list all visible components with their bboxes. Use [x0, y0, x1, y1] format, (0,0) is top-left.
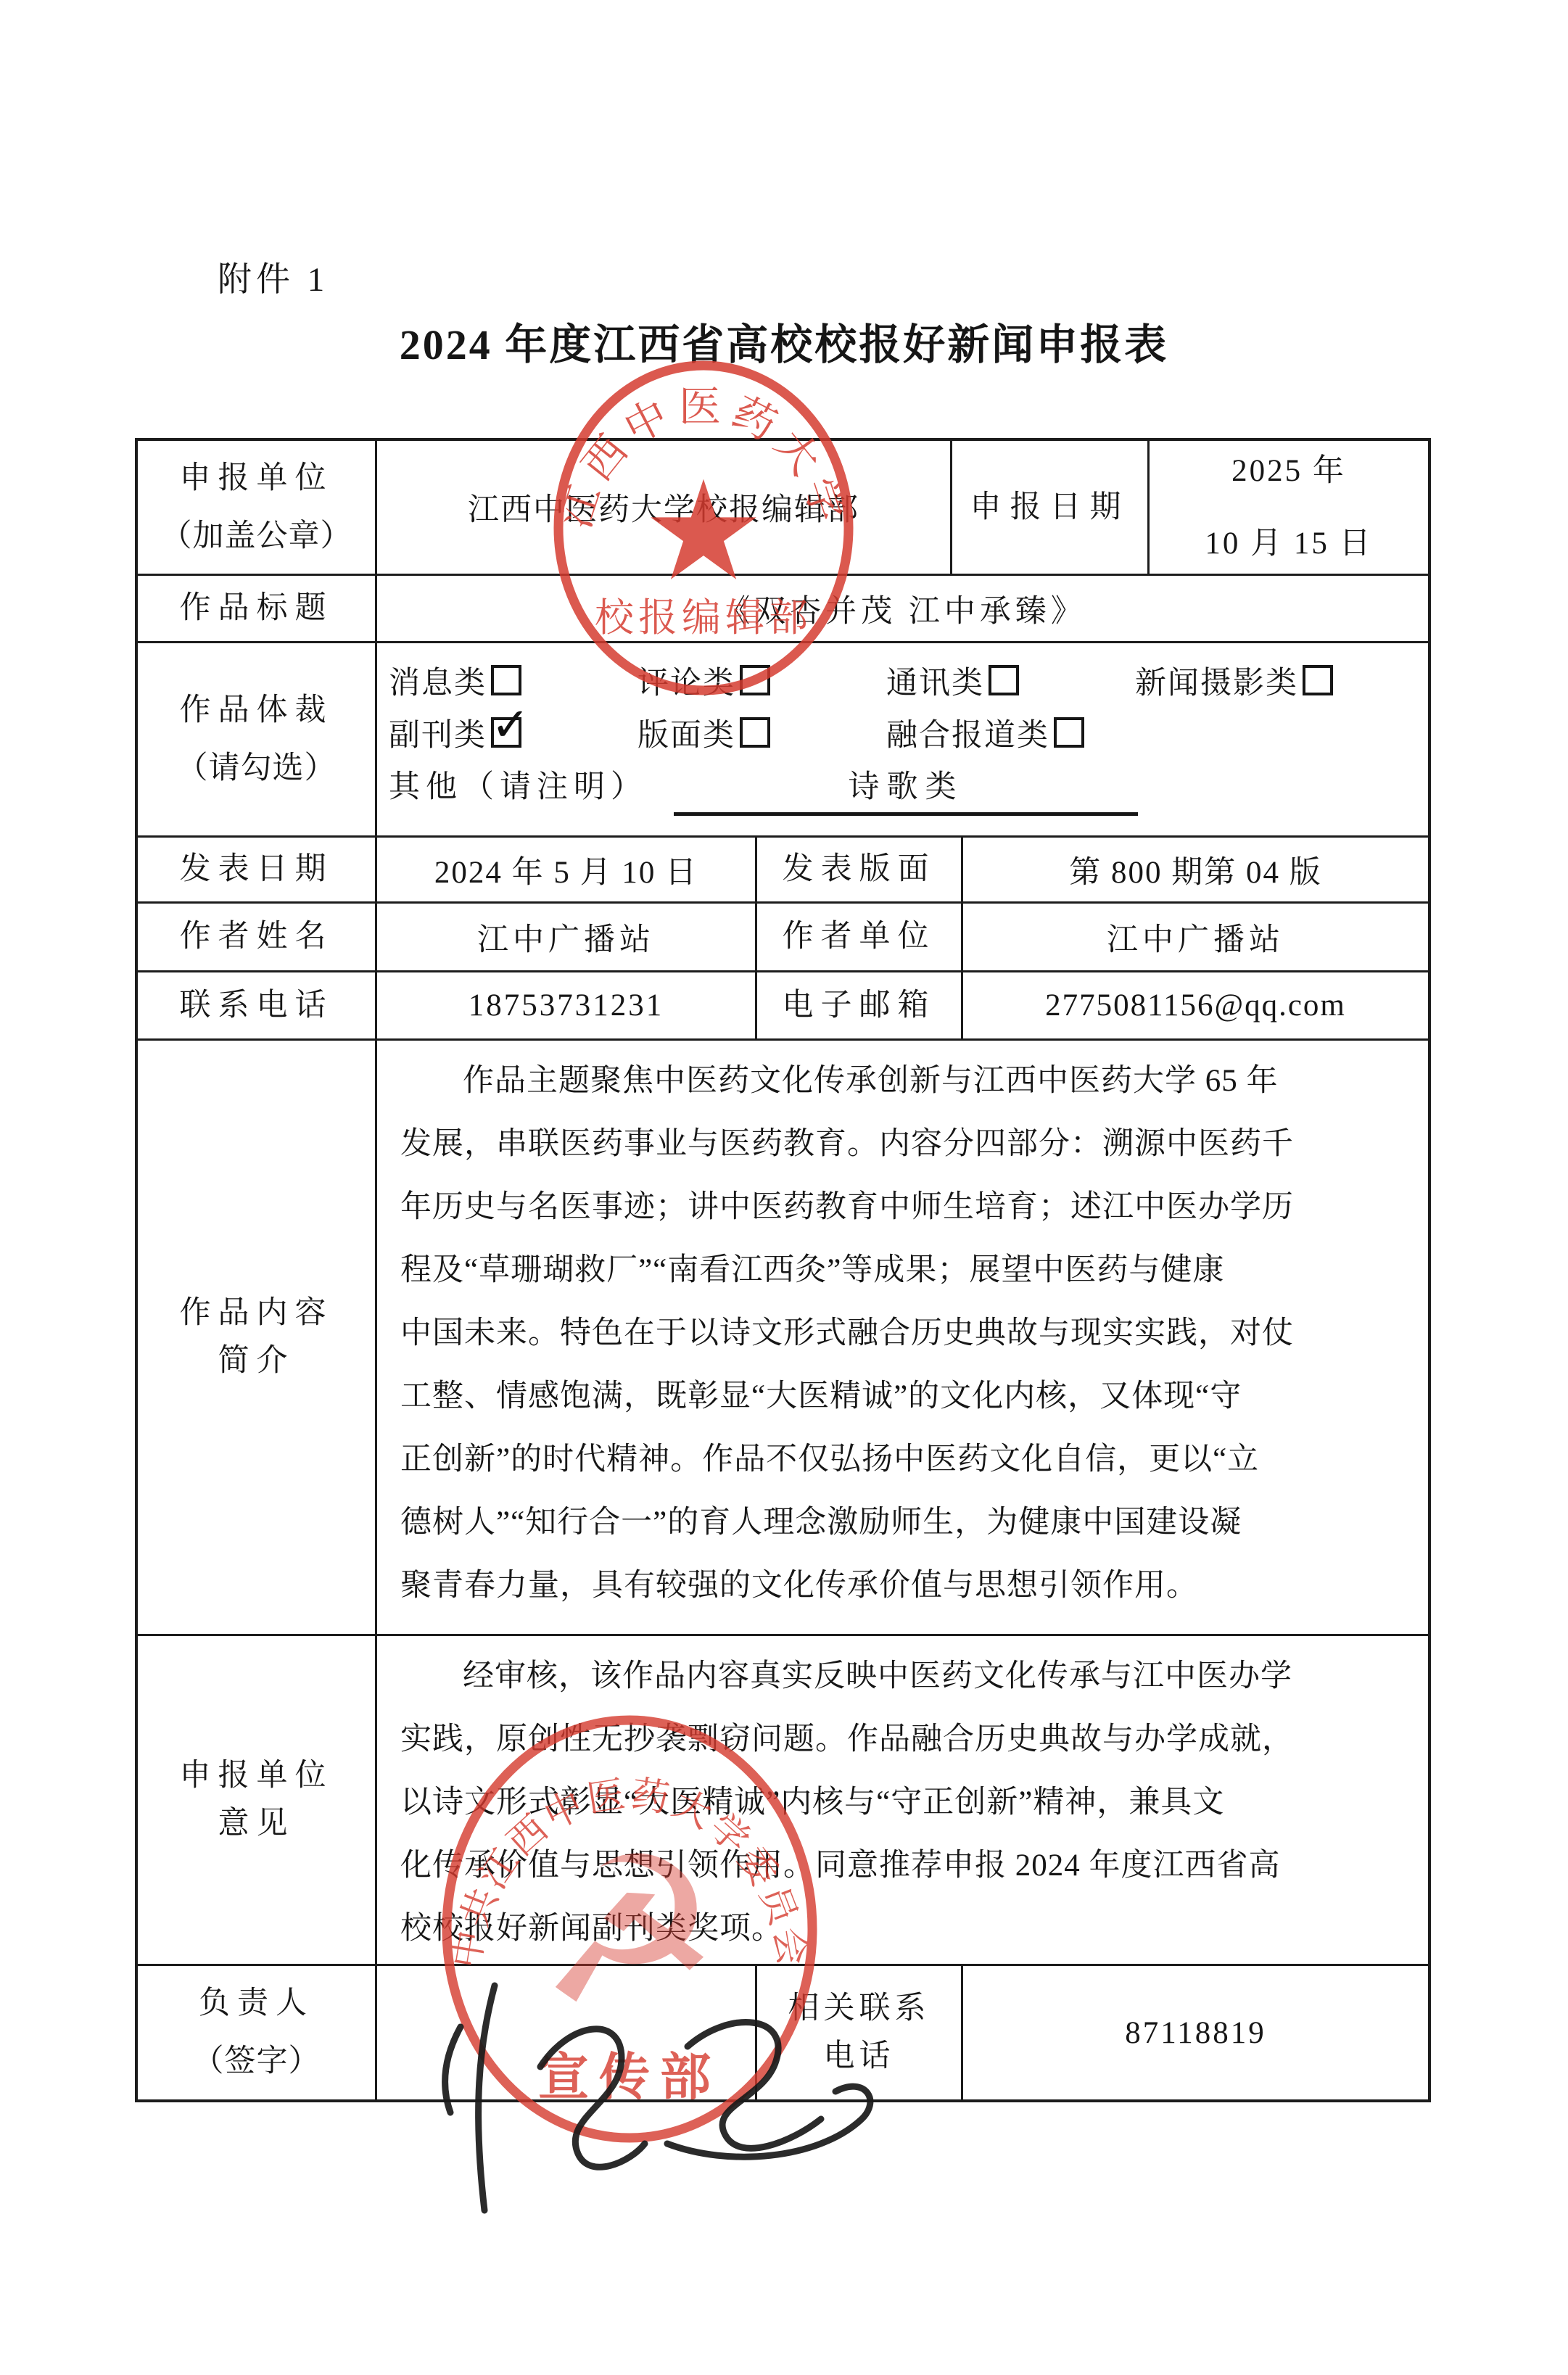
author-name-label: 作者姓名 [138, 904, 377, 972]
work-title-value: 《双杏并茂 江中承臻》 [377, 576, 1428, 643]
label-text: 申报日期 [970, 484, 1130, 532]
table-row: 负责人 （签字） 相关联系 电话 87118819 [138, 1966, 1428, 2099]
attachment-label: 附件 1 [218, 252, 329, 301]
checkbox-label: 新闻摄影类 [1135, 658, 1298, 703]
publish-date-value: 2024 年 5 月 10 日 [377, 838, 757, 904]
author-unit-label: 作者单位 [757, 904, 963, 972]
label-text: 作品内容 [180, 1289, 334, 1337]
label-text: 联系电话 [180, 982, 334, 1030]
genre-option-news: 消息类 [389, 658, 521, 703]
work-title-label: 作品标题 [138, 576, 377, 643]
label-text: 作品体裁 [180, 687, 334, 735]
checkbox-empty [1303, 665, 1333, 695]
checkbox-empty [740, 665, 770, 695]
label-text: 电子邮箱 [783, 982, 936, 1030]
unit-opinion-paragraph: 经审核，该作品内容真实反映中医药文化传承与江中医办学 实践，原创性无抄袭剽窃问题… [400, 1645, 1406, 1960]
checkbox-empty [740, 717, 770, 748]
value-text: 江中广播站 [1107, 915, 1284, 959]
responsible-label: 负责人 （签字） [138, 1966, 377, 2099]
value-text: 2775081156@qq.com [1045, 988, 1346, 1023]
checkbox-label: 评论类 [637, 658, 735, 703]
page-title: 2024 年度江西省高校校报好新闻申报表 [0, 310, 1568, 371]
value-text: 2025 年 [1231, 435, 1346, 508]
declare-date-value: 2025 年 10 月 15 日 [1150, 441, 1428, 576]
genre-option-layout: 版面类 [637, 711, 770, 755]
author-unit-value: 江中广播站 [963, 904, 1428, 972]
email-label: 电子邮箱 [757, 972, 963, 1041]
genre-line-2: 副刊类✓ 版面类 融合报道类 [389, 711, 1421, 755]
related-phone-value: 87118819 [963, 1966, 1428, 2099]
genre-option-communication: 通讯类 [886, 658, 1019, 703]
checkbox-label: 融合报道类 [886, 711, 1049, 755]
other-value-blank: 诗歌类 [674, 762, 1138, 816]
declaring-unit-value: 江西中医药大学校报编辑部 [377, 441, 952, 576]
label-text: 作者姓名 [180, 913, 334, 961]
label-text: （签字） [193, 2038, 321, 2086]
label-text: 发表版面 [783, 846, 936, 893]
value-text: 《双杏并茂 江中承臻》 [719, 587, 1086, 631]
contact-phone-label: 联系电话 [138, 972, 377, 1041]
checkbox-empty [491, 665, 521, 695]
label-text: （请勾选） [177, 745, 337, 793]
value-text: 87118819 [1125, 2015, 1266, 2051]
application-form-table: 申报单位 （加盖公章） 江西中医药大学校报编辑部 申报日期 2025 年 10 … [135, 438, 1431, 2102]
table-row: 作品内容 简介 作品主题聚焦中医药文化传承创新与江西中医药大学 65 年 发展，… [138, 1041, 1428, 1636]
genre-label: 作品体裁 （请勾选） [138, 643, 377, 838]
value-text: 2024 年 5 月 10 日 [434, 848, 698, 892]
label-text: 简介 [218, 1337, 295, 1385]
value-text: 18753731231 [469, 988, 664, 1023]
label-text: 作者单位 [783, 913, 936, 961]
unit-opinion-value: 经审核，该作品内容真实反映中医药文化传承与江中医办学 实践，原创性无抄袭剽窃问题… [377, 1636, 1428, 1966]
value-text: 10 月 15 日 [1205, 508, 1372, 580]
publish-page-label: 发表版面 [757, 838, 963, 904]
label-text: 发表日期 [180, 846, 334, 893]
check-icon: ✓ [491, 698, 530, 752]
genre-line-1: 消息类 评论类 通讯类 新闻摄影类 [389, 658, 1421, 703]
checkbox-label: 版面类 [637, 711, 735, 755]
genre-option-converged: 融合报道类 [886, 711, 1084, 755]
table-row: 申报单位 （加盖公章） 江西中医药大学校报编辑部 申报日期 2025 年 10 … [138, 441, 1428, 576]
checkbox-label: 副刊类 [389, 711, 487, 755]
value-text: 第 800 期第 04 版 [1069, 848, 1322, 892]
table-row: 发表日期 2024 年 5 月 10 日 发表版面 第 800 期第 04 版 [138, 838, 1428, 904]
email-value: 2775081156@qq.com [963, 972, 1428, 1041]
label-text: 申报单位 [180, 1752, 334, 1800]
unit-opinion-label: 申报单位 意见 [138, 1636, 377, 1966]
checkbox-empty [1054, 717, 1084, 748]
contact-phone-value: 18753731231 [377, 972, 757, 1041]
genre-option-comment: 评论类 [637, 658, 770, 703]
label-text: 作品标题 [180, 585, 334, 632]
label-text: （加盖公章） [161, 513, 352, 561]
value-text: 江西中医药大学校报编辑部 [468, 485, 859, 529]
other-label: 其他（请注明） [389, 762, 648, 806]
table-row: 作品标题 《双杏并茂 江中承臻》 [138, 576, 1428, 643]
genre-option-photo: 新闻摄影类 [1135, 658, 1333, 703]
value-text: 江中广播站 [477, 915, 655, 959]
publish-page-value: 第 800 期第 04 版 [963, 838, 1428, 904]
declaring-unit-label: 申报单位 （加盖公章） [138, 441, 377, 576]
table-row: 作品体裁 （请勾选） 消息类 评论类 通讯类 新闻摄影类 副刊类✓ 版面类 融合… [138, 643, 1428, 838]
checkbox-checked: ✓ [491, 717, 521, 748]
genre-option-supplement: 副刊类✓ [389, 711, 521, 755]
genre-options: 消息类 评论类 通讯类 新闻摄影类 副刊类✓ 版面类 融合报道类 其他（请注明）… [377, 643, 1428, 838]
content-intro-label: 作品内容 简介 [138, 1041, 377, 1636]
label-text: 相关联系 [788, 1985, 931, 2033]
publish-date-label: 发表日期 [138, 838, 377, 904]
checkbox-label: 消息类 [389, 658, 487, 703]
label-text: 电话 [824, 2033, 895, 2081]
author-name-value: 江中广播站 [377, 904, 757, 972]
content-intro-paragraph: 作品主题聚焦中医药文化传承创新与江西中医药大学 65 年 发展，串联医药事业与医… [400, 1049, 1406, 1617]
scanned-form-page: { "page": { "attachment_label": "附件 1", … [0, 0, 1568, 2375]
checkbox-empty [989, 665, 1019, 695]
label-text: 申报单位 [180, 455, 334, 503]
checkbox-label: 通讯类 [886, 658, 984, 703]
table-row: 联系电话 18753731231 电子邮箱 2775081156@qq.com [138, 972, 1428, 1041]
responsible-signature-cell [377, 1966, 757, 2099]
label-text: 负责人 [199, 1980, 314, 2028]
content-intro-value: 作品主题聚焦中医药文化传承创新与江西中医药大学 65 年 发展，串联医药事业与医… [377, 1041, 1428, 1636]
table-row: 作者姓名 江中广播站 作者单位 江中广播站 [138, 904, 1428, 972]
genre-line-other: 其他（请注明） 诗歌类 [389, 762, 1421, 816]
related-phone-label: 相关联系 电话 [757, 1966, 963, 2099]
label-text: 意见 [218, 1800, 295, 1848]
table-row: 申报单位 意见 经审核，该作品内容真实反映中医药文化传承与江中医办学 实践，原创… [138, 1636, 1428, 1966]
declare-date-label: 申报日期 [952, 441, 1150, 576]
